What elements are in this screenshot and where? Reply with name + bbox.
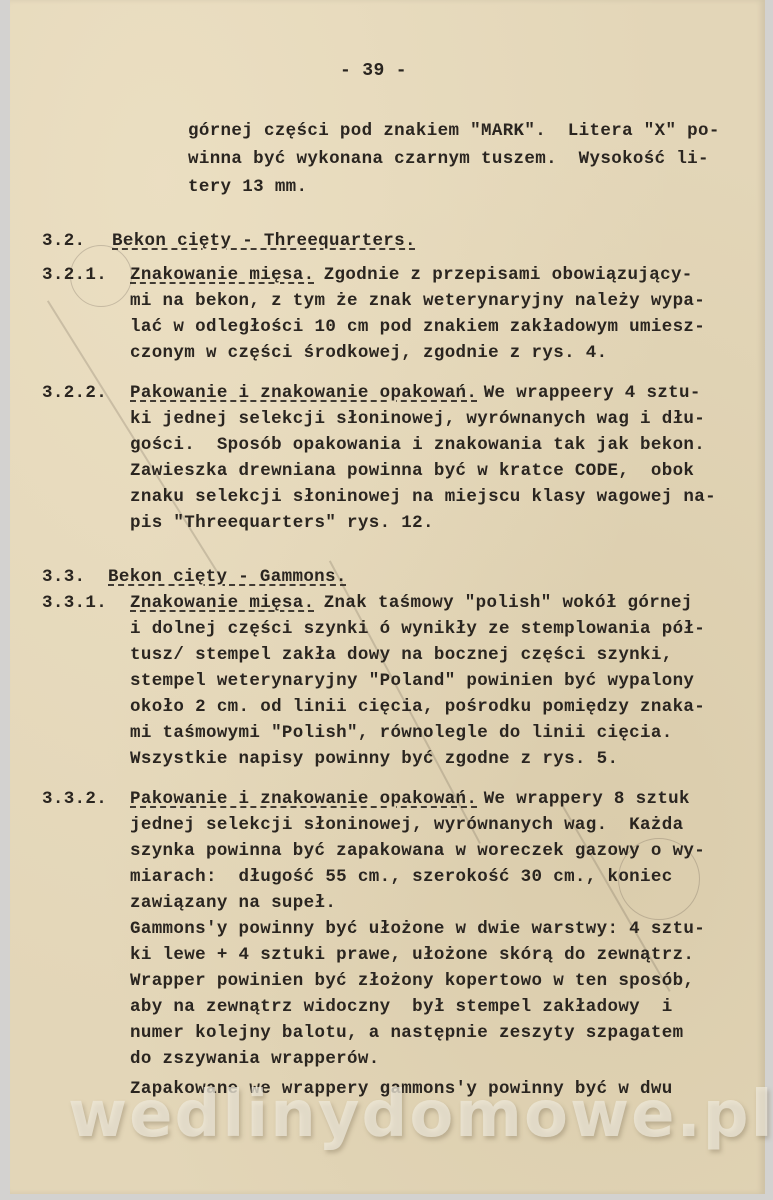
text-line: Wrapper powinien być złożony kopertowo w… <box>130 968 694 994</box>
text-line: Wszystkie napisy powinny być zgodne z ry… <box>130 746 618 772</box>
subsection-title: Pakowanie i znakowanie opakowań. <box>130 380 477 406</box>
page-number: - 39 - <box>340 58 407 84</box>
text-line: Znak taśmowy "polish" wokół górnej <box>302 590 693 616</box>
text-line: czonym w części środkowej, zgodnie z rys… <box>130 340 607 366</box>
text-line: lać w odległości 10 cm pod znakiem zakła… <box>130 314 705 340</box>
intro-line: górnej części pod znakiem "MARK". Litera… <box>188 118 720 144</box>
text-line: Gammons'y powinny być ułożone w dwie war… <box>130 916 705 942</box>
text-line: miarach: długość 55 cm., szerokość 30 cm… <box>130 864 673 890</box>
text-line: Zawieszka drewniana powinna być w kratce… <box>130 458 694 484</box>
text-line: pis "Threequarters" rys. 12. <box>130 510 434 536</box>
text-line: tusz/ stempel zakła dowy na bocznej częś… <box>130 642 673 668</box>
text-line: do zszywania wrapperów. <box>130 1046 380 1072</box>
section-title: Bekon cięty - Threequarters. <box>112 228 416 254</box>
text-line: ki lewe + 4 sztuki prawe, ułożone skórą … <box>130 942 694 968</box>
intro-line: tery 13 mm. <box>188 174 307 200</box>
watermark: wedlinydomowe.pl <box>68 1078 773 1152</box>
text-line: We wrappery 8 sztuk <box>462 786 690 812</box>
text-line: We wrappeery 4 sztu- <box>462 380 701 406</box>
section-title: Bekon cięty - Gammons. <box>108 564 347 590</box>
subsection-title: Znakowanie mięsa. <box>130 262 314 288</box>
text-line: aby na zewnątrz widoczny był stempel zak… <box>130 994 673 1020</box>
text-line: i dolnej części szynki ó wynikły ze stem… <box>130 616 705 642</box>
subsection-title: Znakowanie mięsa. <box>130 590 314 616</box>
section-number: 3.3. <box>42 564 85 590</box>
subsection-title: Pakowanie i znakowanie opakowań. <box>130 786 477 812</box>
intro-line: winna być wykonana czarnym tuszem. Wysok… <box>188 146 709 172</box>
text-line: Zgodnie z przepisami obowiązujący- <box>302 262 693 288</box>
text-line: znaku selekcji słoninowej na miejscu kla… <box>130 484 716 510</box>
text-line: około 2 cm. od linii cięcia, pośrodku po… <box>130 694 705 720</box>
text-line: zawiązany na supeł. <box>130 890 336 916</box>
subsection-number: 3.2.2. <box>42 380 107 406</box>
subsection-number: 3.3.2. <box>42 786 107 812</box>
subsection-number: 3.3.1. <box>42 590 107 616</box>
text-line: jednej selekcji słoninowej, wyrównanych … <box>130 812 683 838</box>
text-line: mi na bekon, z tym że znak weterynaryjny… <box>130 288 705 314</box>
text-line: szynka powinna być zapakowana w woreczek… <box>130 838 705 864</box>
text-line: gości. Sposób opakowania i znakowania ta… <box>130 432 705 458</box>
text-line: ki jednej selekcji słoninowej, wyrównany… <box>130 406 705 432</box>
text-line: mi taśmowymi "Polish", równolegle do lin… <box>130 720 673 746</box>
text-line: stempel weterynaryjny "Poland" powinien … <box>130 668 694 694</box>
subsection-number: 3.2.1. <box>42 262 107 288</box>
text-line: numer kolejny balotu, a następnie zeszyt… <box>130 1020 683 1046</box>
section-number: 3.2. <box>42 228 85 254</box>
